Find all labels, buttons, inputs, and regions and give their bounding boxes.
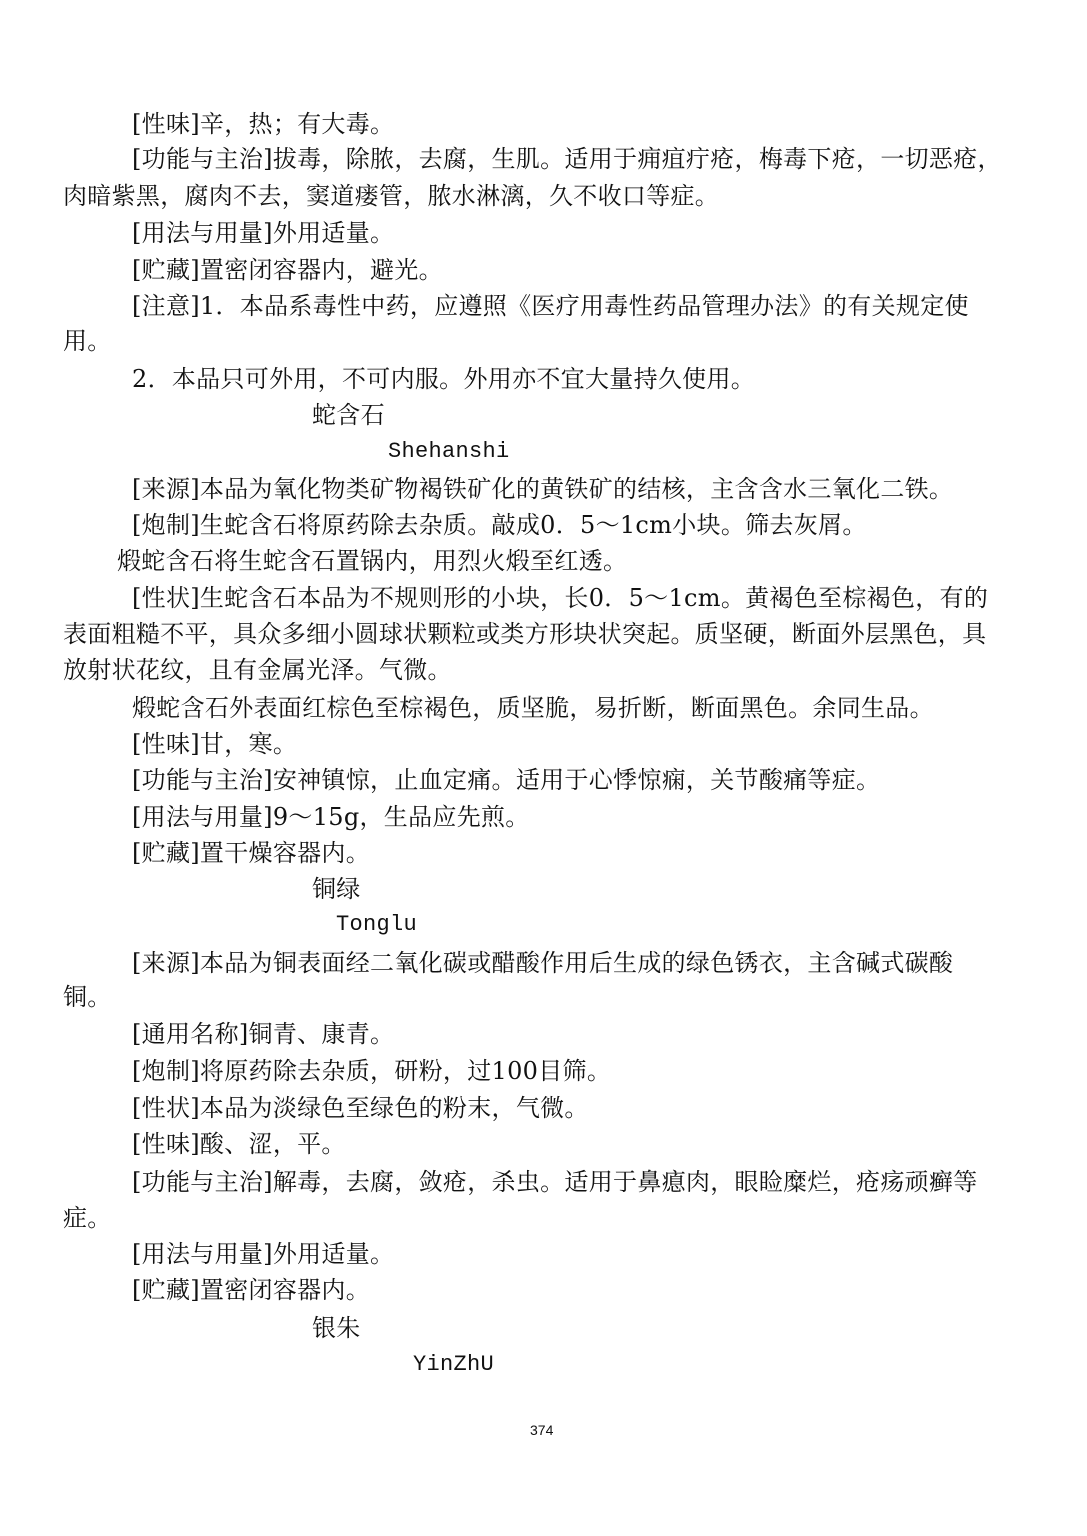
text-line: [性味]酸、涩，平。 bbox=[132, 1129, 346, 1159]
text-line: [炮制]将原药除去杂质，研粉，过100目筛。 bbox=[132, 1056, 611, 1086]
text-line: [功能与主治]安神镇惊，止血定痛。适用于心悸惊痫，关节酸痛等症。 bbox=[132, 765, 880, 795]
text-line: [注意]1．本品系毒性中药，应遵照《医疗用毒性药品管理办法》的有关规定使 bbox=[132, 291, 969, 321]
text-line: [功能与主治]解毒，去腐，敛疮，杀虫。适用于鼻瘜肉，眼睑糜烂，疮疡顽癣等 bbox=[132, 1167, 978, 1197]
entry-pinyin: Shehanshi bbox=[388, 437, 510, 467]
text-line: 用。 bbox=[63, 326, 112, 356]
text-line: [用法与用量]外用适量。 bbox=[132, 218, 394, 248]
page-number: 374 bbox=[530, 1421, 553, 1439]
text-line: 煅蛇含石将生蛇含石置锅内，用烈火煅至红透。 bbox=[117, 546, 627, 576]
document-page: [性味]辛，热；有大毒。[功能与主治]拔毒，除脓，去腐，生肌。适用于痈疽疔疮，梅… bbox=[0, 0, 1087, 1536]
text-line: [性味]辛，热；有大毒。 bbox=[132, 109, 394, 139]
text-line: 肉暗紫黑，腐肉不去，窦道瘘管，脓水淋漓，久不收口等症。 bbox=[63, 181, 719, 211]
entry-pinyin: YinZhU bbox=[413, 1350, 494, 1380]
text-line: 放射状花纹，且有金属光泽。气微。 bbox=[63, 655, 452, 685]
text-line: 煅蛇含石外表面红棕色至棕褐色，质坚脆，易折断，断面黑色。余同生品。 bbox=[132, 693, 934, 723]
text-line: [用法与用量]外用适量。 bbox=[132, 1239, 394, 1269]
text-line: [用法与用量]9～15g，生品应先煎。 bbox=[132, 802, 530, 832]
text-line: 2．本品只可外用，不可内服。外用亦不宜大量持久使用。 bbox=[132, 364, 755, 394]
text-line: [功能与主治]拔毒，除脓，去腐，生肌。适用于痈疽疔疮，梅毒下疮，一切恶疮， bbox=[132, 144, 1002, 174]
text-line: [贮藏]置密闭容器内，避光。 bbox=[132, 255, 443, 285]
text-line: [贮藏]置干燥容器内。 bbox=[132, 838, 370, 868]
text-line: [通用名称]铜青、康青。 bbox=[132, 1019, 394, 1049]
text-line: [性状]本品为淡绿色至绿色的粉末，气微。 bbox=[132, 1093, 589, 1123]
text-line: [性状]生蛇含石本品为不规则形的小块，长0．5～1cm。黄褐色至棕褐色，有的 bbox=[132, 583, 988, 613]
text-line: [性味]甘，寒。 bbox=[132, 729, 297, 759]
entry-title: 铜绿 bbox=[312, 874, 361, 904]
entry-title: 银朱 bbox=[312, 1313, 361, 1343]
text-line: [来源]本品为铜表面经二氧化碳或醋酸作用后生成的绿色锈衣，主含碱式碳酸 bbox=[132, 948, 953, 978]
text-line: [贮藏]置密闭容器内。 bbox=[132, 1275, 370, 1305]
text-line: 铜。 bbox=[63, 982, 112, 1012]
text-line: [来源]本品为氧化物类矿物褐铁矿化的黄铁矿的结核，主含含水三氧化二铁。 bbox=[132, 474, 953, 504]
text-line: 表面粗糙不平，具众多细小圆球状颗粒或类方形块状突起。质坚硬，断面外层黑色，具 bbox=[63, 619, 986, 649]
entry-pinyin: Tonglu bbox=[336, 910, 417, 940]
text-line: [炮制]生蛇含石将原药除去杂质。敲成0．5～1cm小块。筛去灰屑。 bbox=[132, 510, 867, 540]
entry-title: 蛇含石 bbox=[312, 400, 385, 430]
text-line: 症。 bbox=[63, 1203, 112, 1233]
